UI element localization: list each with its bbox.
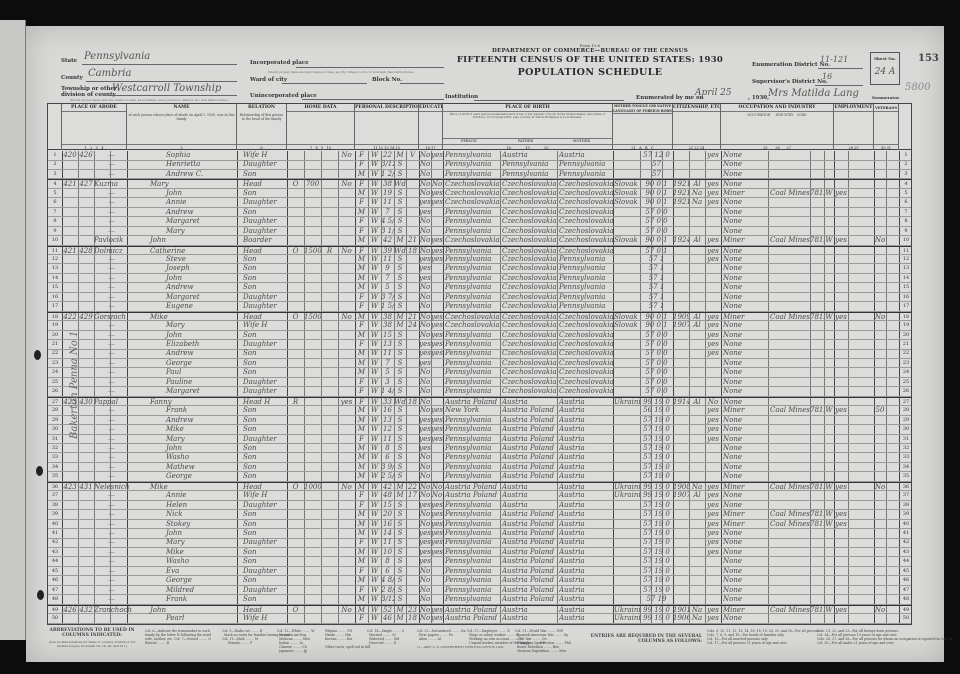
cell-code: 57 0 0 — [640, 217, 673, 227]
cell-radio — [321, 227, 338, 237]
cell-code: 57 19 0 — [640, 567, 673, 577]
col-veterans: VETERANS 30 31 — [874, 104, 899, 150]
cell-relation: Son — [237, 472, 287, 482]
cell-surname: — — [94, 501, 144, 511]
cell-marital: S — [394, 567, 406, 577]
cell-school: yes — [419, 548, 431, 558]
cell-class — [824, 576, 834, 586]
cell-tongue — [614, 227, 640, 237]
cell-value — [304, 170, 321, 180]
cell-industry — [770, 425, 810, 435]
cell-tongue — [614, 435, 640, 445]
cell-father: Czechoslovakia — [502, 387, 557, 397]
cell-surname: — — [94, 548, 144, 558]
cell-farm — [338, 378, 355, 388]
cell-immig — [673, 340, 689, 350]
cell-farm — [338, 614, 355, 624]
cell-class — [824, 614, 834, 624]
cell-industry — [770, 387, 810, 397]
table-row: 8—MargaretDaughterFW4 5/12SNoPennsylvani… — [48, 217, 911, 227]
cell-work — [834, 614, 848, 624]
cell-farm — [338, 548, 355, 558]
abbreviations-title: ABBREVIATIONS TO BE USED IN COLUMNS INDI… — [47, 628, 137, 638]
cell-work — [834, 586, 848, 596]
cell-surname: — — [94, 331, 144, 341]
cell-relation: Son — [237, 359, 287, 369]
cell-father: Austria Poland — [502, 567, 557, 577]
cell-vet — [874, 387, 886, 397]
cell-ind-code — [810, 274, 824, 284]
cell-natur — [689, 378, 705, 388]
cell-ind-code — [810, 151, 824, 161]
cell-occupation: None — [723, 283, 768, 293]
cell-immig — [673, 331, 689, 341]
cell-tenure — [287, 227, 304, 237]
cell-ind-code — [810, 576, 824, 586]
cell-farm — [338, 557, 355, 567]
cell-code: 57 0 0 — [640, 368, 673, 378]
cell-read — [431, 359, 443, 369]
cell-vet — [874, 576, 886, 586]
cell-dwelling: 420 — [62, 151, 78, 161]
cell-line: 1 — [899, 151, 913, 161]
cell-marital: S — [394, 170, 406, 180]
cell-industry — [770, 614, 810, 624]
cell-surname: — — [94, 160, 144, 170]
cell-value — [304, 255, 321, 265]
cell-value — [304, 321, 321, 331]
table-row: 30—MikeSonMW12SyesyesPennsylvaniaAustria… — [48, 425, 911, 435]
table-row: 36423431NelesnichMikeHeadO1000NoMW42M22N… — [48, 482, 911, 492]
cell-vet — [874, 595, 886, 605]
cell-age: 13 — [381, 416, 394, 426]
cell-vet — [874, 453, 886, 463]
cell-farm — [338, 472, 355, 482]
cell-natur — [689, 501, 705, 511]
cell-tongue — [614, 557, 640, 567]
cell-tongue — [614, 595, 640, 605]
cell-read: No — [431, 491, 443, 501]
cell-radio — [321, 198, 338, 208]
cell-marital: S — [394, 274, 406, 284]
cell-relation: Daughter — [237, 435, 287, 445]
cell-work — [834, 283, 848, 293]
cell-mother: Austria — [559, 548, 613, 558]
col-place-of-birth: PLACE OF BIRTH Place of birth of each pe… — [443, 104, 613, 150]
cell-english: yes — [705, 510, 721, 520]
cell-pob: Pennsylvania — [445, 293, 500, 303]
cell-mother: Austria — [559, 510, 613, 520]
cell-industry — [770, 472, 810, 482]
cell-english — [705, 359, 721, 369]
cell-father: Austria Poland — [502, 444, 557, 454]
cell-age-marr — [406, 576, 419, 586]
cell-natur — [689, 529, 705, 539]
cell-pob: Pennsylvania — [445, 160, 500, 170]
cell-work — [834, 378, 848, 388]
cell-farm — [338, 510, 355, 520]
cell-family — [78, 453, 94, 463]
cell-mother: Austria — [559, 595, 613, 605]
cell-value — [304, 189, 321, 199]
cell-vet — [874, 331, 886, 341]
cell-family — [78, 236, 94, 246]
cell-marital: S — [394, 198, 406, 208]
cell-farm — [338, 368, 355, 378]
cell-sex: M — [355, 255, 368, 265]
cell-tenure — [287, 274, 304, 284]
cell-farm — [338, 283, 355, 293]
cell-father: Austria Poland — [502, 416, 557, 426]
col-name: NAME of each person whose place of abode… — [127, 104, 237, 150]
cell-sex: M — [355, 576, 368, 586]
cell-sex: M — [355, 189, 368, 199]
cell-value — [304, 227, 321, 237]
abbr-col6: Col. 6—Indicate the homemaker in each fa… — [145, 629, 215, 645]
cell-father: Czechoslovakia — [502, 293, 557, 303]
cell-given: Mildred — [144, 586, 237, 596]
cell-occupation: None — [723, 255, 768, 265]
cell-read: yes — [431, 614, 443, 624]
cell-tongue — [614, 340, 640, 350]
cell-surname: — — [94, 189, 144, 199]
cell-father: Czechoslovakia — [502, 283, 557, 293]
cell-industry — [770, 548, 810, 558]
cell-race: W — [368, 614, 381, 624]
cell-industry — [770, 576, 810, 586]
cell-line: 26 — [899, 387, 913, 397]
cell-given: George — [144, 359, 237, 369]
cell-school: No — [419, 406, 431, 416]
cell-class — [824, 529, 834, 539]
cell-class — [824, 378, 834, 388]
cell-vet — [874, 189, 886, 199]
cell-pob: Pennsylvania — [445, 349, 500, 359]
cell-relation: Daughter — [237, 198, 287, 208]
cell-vet — [874, 349, 886, 359]
cell-family — [78, 293, 94, 303]
enumerated-year: , 1930, — [748, 95, 769, 101]
table-row: 1420426—SophiaWife HNoFW22MVNoyesPennsyl… — [48, 151, 911, 161]
cell-line: 26 — [48, 387, 62, 397]
cell-line: 38 — [899, 501, 913, 511]
cell-sex: M — [355, 425, 368, 435]
cell-pob: Austria Poland — [445, 614, 500, 624]
table-row: 38—HelenDaughterFW15SyesyesPennsylvaniaA… — [48, 501, 911, 511]
cell-tongue — [614, 264, 640, 274]
cell-class — [824, 368, 834, 378]
required-entries-title: ENTRIES ARE REQUIRED IN THE SEVERAL COLU… — [587, 634, 702, 644]
cell-age: 42 — [381, 236, 394, 246]
cell-vet — [874, 538, 886, 548]
cell-surname: — — [94, 416, 144, 426]
cell-occupation: None — [723, 614, 768, 624]
cell-family — [78, 529, 94, 539]
cell-radio — [321, 368, 338, 378]
col-place-of-abode: PLACE OF ABODE 1 2 3 4 — [62, 104, 127, 150]
block-label: Block No. — [372, 77, 402, 83]
cell-industry — [770, 435, 810, 445]
table-row: 41—JohnSonMW14SyesyesPennsylvaniaAustria… — [48, 529, 911, 539]
cell-english: yes — [705, 416, 721, 426]
cell-age-marr — [406, 189, 419, 199]
cell-radio — [321, 359, 338, 369]
cell-occupation: None — [723, 198, 768, 208]
cell-work: yes — [834, 236, 848, 246]
cell-line: 2 — [899, 160, 913, 170]
required-entries-b: Cols. 21, 22, and 23—For all foreign-bor… — [817, 629, 953, 645]
cell-value — [304, 472, 321, 482]
cell-tenure — [287, 435, 304, 445]
cell-surname: — — [94, 264, 144, 274]
cell-natur — [689, 472, 705, 482]
cell-race: W — [368, 236, 381, 246]
cell-mother: Austria — [559, 567, 613, 577]
cell-vet — [874, 170, 886, 180]
cell-mother: Austria — [559, 435, 613, 445]
cell-relation: Daughter — [237, 160, 287, 170]
cell-ind-code — [810, 198, 824, 208]
cell-pob: Pennsylvania — [445, 331, 500, 341]
cell-radio — [321, 491, 338, 501]
cell-english — [705, 264, 721, 274]
cell-family — [78, 340, 94, 350]
cell-ind-code — [810, 283, 824, 293]
cell-sex: M — [355, 208, 368, 218]
col-education: EDUCATION 16 17 — [419, 104, 443, 150]
cell-english — [705, 170, 721, 180]
abbreviations-note: (Use no abbreviations for State or count… — [47, 640, 137, 648]
cell-tongue — [614, 349, 640, 359]
cell-given: Washo — [144, 557, 237, 567]
col-citizenship: CITIZENSHIP, ETC. 22 23 24 — [673, 104, 721, 150]
cell-mother: Austria — [559, 557, 613, 567]
cell-given: Henrietta — [144, 160, 237, 170]
cell-code: 57 19 0 — [640, 576, 673, 586]
cell-age: 3/12 — [381, 595, 394, 605]
table-row: 19—MaryWife HFW38M24NoyesCzechoslovakiaC… — [48, 321, 911, 331]
table-row: 15—AndrewSonMW5SNoPennsylvaniaCzechoslov… — [48, 283, 911, 293]
cell-father: Austria Poland — [502, 520, 557, 530]
cell-tongue — [614, 293, 640, 303]
cell-class — [824, 425, 834, 435]
cell-race: W — [368, 453, 381, 463]
cell-work — [834, 529, 848, 539]
cell-farm — [338, 416, 355, 426]
cell-father: Czechoslovakia — [502, 255, 557, 265]
cell-vet — [874, 160, 886, 170]
cell-relation: Son — [237, 576, 287, 586]
cell-immig — [673, 548, 689, 558]
cell-dwelling — [62, 170, 78, 180]
cell-vet — [874, 472, 886, 482]
cell-age-marr — [406, 595, 419, 605]
cell-occupation: None — [723, 435, 768, 445]
township-hint: (Insert proper name and also name of cla… — [70, 98, 228, 102]
cell-natur — [689, 557, 705, 567]
cell-family — [78, 595, 94, 605]
cell-class — [824, 302, 834, 312]
cell-mother: Austria — [559, 529, 613, 539]
cell-english: yes — [705, 340, 721, 350]
township-label: Township or other division of county — [61, 86, 117, 98]
cell-value — [304, 548, 321, 558]
cell-code: 57 0 0 — [640, 331, 673, 341]
cell-age-marr — [406, 557, 419, 567]
cell-sex: F — [355, 378, 368, 388]
cell-line: 48 — [48, 595, 62, 605]
cell-dwelling — [62, 548, 78, 558]
cell-industry — [770, 255, 810, 265]
cell-vet — [874, 520, 886, 530]
cell-family — [78, 378, 94, 388]
cell-radio — [321, 255, 338, 265]
cell-family — [78, 614, 94, 624]
cell-tenure — [287, 586, 304, 596]
cell-age: 7 — [381, 208, 394, 218]
cell-code: 57 19 0 — [640, 472, 673, 482]
cell-race: W — [368, 283, 381, 293]
cell-marital: S — [394, 586, 406, 596]
cell-age-marr — [406, 548, 419, 558]
cell-school: yes — [419, 435, 431, 445]
cell-natur: Na — [689, 189, 705, 199]
cell-farm — [338, 274, 355, 284]
cell-line: 37 — [48, 491, 62, 501]
cell-marital: S — [394, 368, 406, 378]
cell-marital: S — [394, 510, 406, 520]
cell-radio — [321, 283, 338, 293]
cell-code: 57 1 — [640, 264, 673, 274]
table-row: 14—JohnSonMW7SyesPennsylvaniaCzechoslova… — [48, 274, 911, 284]
cell-line: 1 — [48, 151, 62, 161]
cell-father: Austria Poland — [502, 406, 557, 416]
cell-occupation: Miner — [723, 520, 768, 530]
cell-farm — [338, 227, 355, 237]
cell-mother: Czechoslovakia — [559, 340, 613, 350]
cell-class — [824, 274, 834, 284]
cell-race: W — [368, 435, 381, 445]
cell-age-marr — [406, 520, 419, 530]
cell-radio — [321, 293, 338, 303]
cell-school: No — [419, 217, 431, 227]
cell-dwelling — [62, 274, 78, 284]
cell-family — [78, 189, 94, 199]
cell-pob: Czechoslovakia — [445, 189, 500, 199]
cell-tenure — [287, 529, 304, 539]
cell-given: Andrew — [144, 416, 237, 426]
cell-relation: Son — [237, 283, 287, 293]
cell-tongue — [614, 416, 640, 426]
cell-dwelling — [62, 264, 78, 274]
cell-line: 17 — [48, 302, 62, 312]
cell-immig — [673, 255, 689, 265]
cell-vet — [874, 416, 886, 426]
cell-school: yes — [419, 208, 431, 218]
cell-mother: Austria — [559, 444, 613, 454]
cell-immig — [673, 227, 689, 237]
cell-age: 12 — [381, 425, 394, 435]
cell-father: Austria — [502, 501, 557, 511]
cell-natur — [689, 425, 705, 435]
cell-pob: Czechoslovakia — [445, 321, 500, 331]
enumerator-label: Enumerator. — [872, 95, 900, 100]
cell-age: 38 — [381, 321, 394, 331]
cell-line: 9 — [48, 227, 62, 237]
cell-class: W — [824, 406, 834, 416]
cell-code: 90 0 1 — [640, 198, 673, 208]
cell-ind-code — [810, 293, 824, 303]
cell-race: W — [368, 576, 381, 586]
cell-age: 16 — [381, 520, 394, 530]
cell-radio — [321, 576, 338, 586]
table-row: 37—AnnieWife HFW48M17NoNoAustria PolandA… — [48, 491, 911, 501]
cell-tenure — [287, 520, 304, 530]
cell-natur — [689, 283, 705, 293]
cell-pob: Pennsylvania — [445, 538, 500, 548]
cell-age-marr — [406, 160, 419, 170]
cell-age: 11 — [381, 198, 394, 208]
cell-pob: Pennsylvania — [445, 359, 500, 369]
cell-farm — [338, 349, 355, 359]
cell-occupation: None — [723, 586, 768, 596]
cell-vet — [874, 208, 886, 218]
cell-race: W — [368, 359, 381, 369]
cell-given: Annie — [144, 198, 237, 208]
cell-relation: Boarder — [237, 236, 287, 246]
cell-farm — [338, 453, 355, 463]
cell-given: Margaret — [144, 217, 237, 227]
cell-line: 5 — [899, 189, 913, 199]
cell-line: 42 — [899, 538, 913, 548]
cell-line: 8 — [48, 217, 62, 227]
abbr-col31: Col. 31—World War ........ WW Spanish-Am… — [515, 629, 571, 653]
cell-class — [824, 283, 834, 293]
cell-code: 57 19 — [640, 595, 673, 605]
cell-natur — [689, 567, 705, 577]
cell-age: 7 — [381, 274, 394, 284]
cell-immig: 1907 — [673, 491, 689, 501]
cell-age: 1 2/12 — [381, 170, 394, 180]
binding-margin — [0, 20, 26, 640]
cell-ind-code — [810, 170, 824, 180]
cell-class — [824, 198, 834, 208]
cell-value — [304, 283, 321, 293]
cell-english — [705, 567, 721, 577]
stamp-number: 5800 — [905, 82, 930, 93]
cell-given: Mike — [144, 425, 237, 435]
cell-school: yes — [419, 416, 431, 426]
cell-mother: Pennsylvania — [559, 170, 613, 180]
cell-dwelling — [62, 302, 78, 312]
cell-english: yes — [705, 198, 721, 208]
cell-line: 38 — [48, 501, 62, 511]
cell-vet — [874, 283, 886, 293]
cell-line: 37 — [899, 491, 913, 501]
cell-tenure — [287, 425, 304, 435]
cell-relation: Daughter — [237, 567, 287, 577]
cell-industry — [770, 274, 810, 284]
enumerated-date: April 25 — [695, 88, 732, 98]
cell-mother: Pennsylvania — [559, 274, 613, 284]
cell-dwelling — [62, 586, 78, 596]
cell-race: W — [368, 160, 381, 170]
cell-line: 33 — [899, 453, 913, 463]
cell-industry — [770, 283, 810, 293]
cell-value — [304, 444, 321, 454]
cell-school: No — [419, 236, 431, 246]
cell-tenure — [287, 416, 304, 426]
